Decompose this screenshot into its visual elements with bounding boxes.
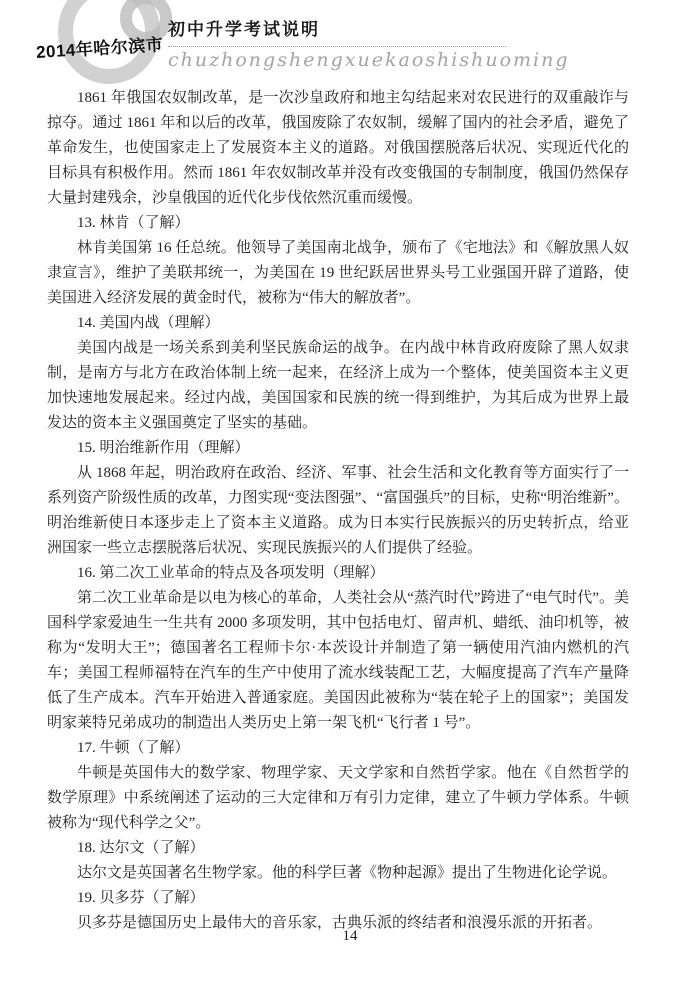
masthead: 初中升学考试说明 chuzhongshengxuekaoshishuoming — [168, 15, 528, 71]
section-heading: 13. 林肯（了解） — [47, 211, 629, 236]
paragraph: 林肯美国第 16 任总统。他领导了美国南北战争，颁布了《宅地法》和《解放黑人奴隶… — [47, 236, 629, 311]
page-body: 1861 年俄国农奴制改革，是一次沙皇政府和地主勾结起来对农民进行的双重敲诈与掠… — [47, 86, 629, 936]
section-heading: 16. 第二次工业革命的特点及各项发明（理解） — [47, 561, 629, 586]
paragraph: 1861 年俄国农奴制改革，是一次沙皇政府和地主勾结起来对农民进行的双重敲诈与掠… — [47, 86, 629, 211]
section-heading: 17. 牛顿（了解） — [47, 736, 629, 761]
paragraph: 牛顿是英国伟大的数学家、物理学家、天文学家和自然哲学家。他在《自然哲学的数学原理… — [47, 761, 629, 836]
paragraph: 从 1868 年起，明治政府在政治、经济、军事、社会生活和文化教育等方面实行了一… — [47, 461, 629, 561]
dotted-divider — [168, 46, 506, 47]
page-number: 14 — [0, 928, 700, 945]
title-pinyin: chuzhongshengxuekaoshishuoming — [168, 49, 528, 71]
paragraph: 第二次工业革命是以电为核心的革命，人类社会从“蒸汽时代”跨进了“电气时代”。美国… — [47, 586, 629, 736]
section-heading: 19. 贝多芬（了解） — [47, 886, 629, 911]
section-heading: 15. 明治维新作用（理解） — [47, 436, 629, 461]
paragraph: 美国内战是一场关系到美利坚民族命运的战争。在内战中林肯政府废除了黑人奴隶制，是南… — [47, 336, 629, 436]
section-heading: 14. 美国内战（理解） — [47, 311, 629, 336]
document-title: 初中升学考试说明 — [168, 15, 528, 40]
paragraph: 达尔文是英国著名生物学家。他的科学巨著《物种起源》提出了生物进化论学说。 — [47, 861, 629, 886]
section-heading: 18. 达尔文（了解） — [47, 836, 629, 861]
document-page: 2014年哈尔滨市 初中升学考试说明 chuzhongshengxuekaosh… — [0, 0, 700, 986]
